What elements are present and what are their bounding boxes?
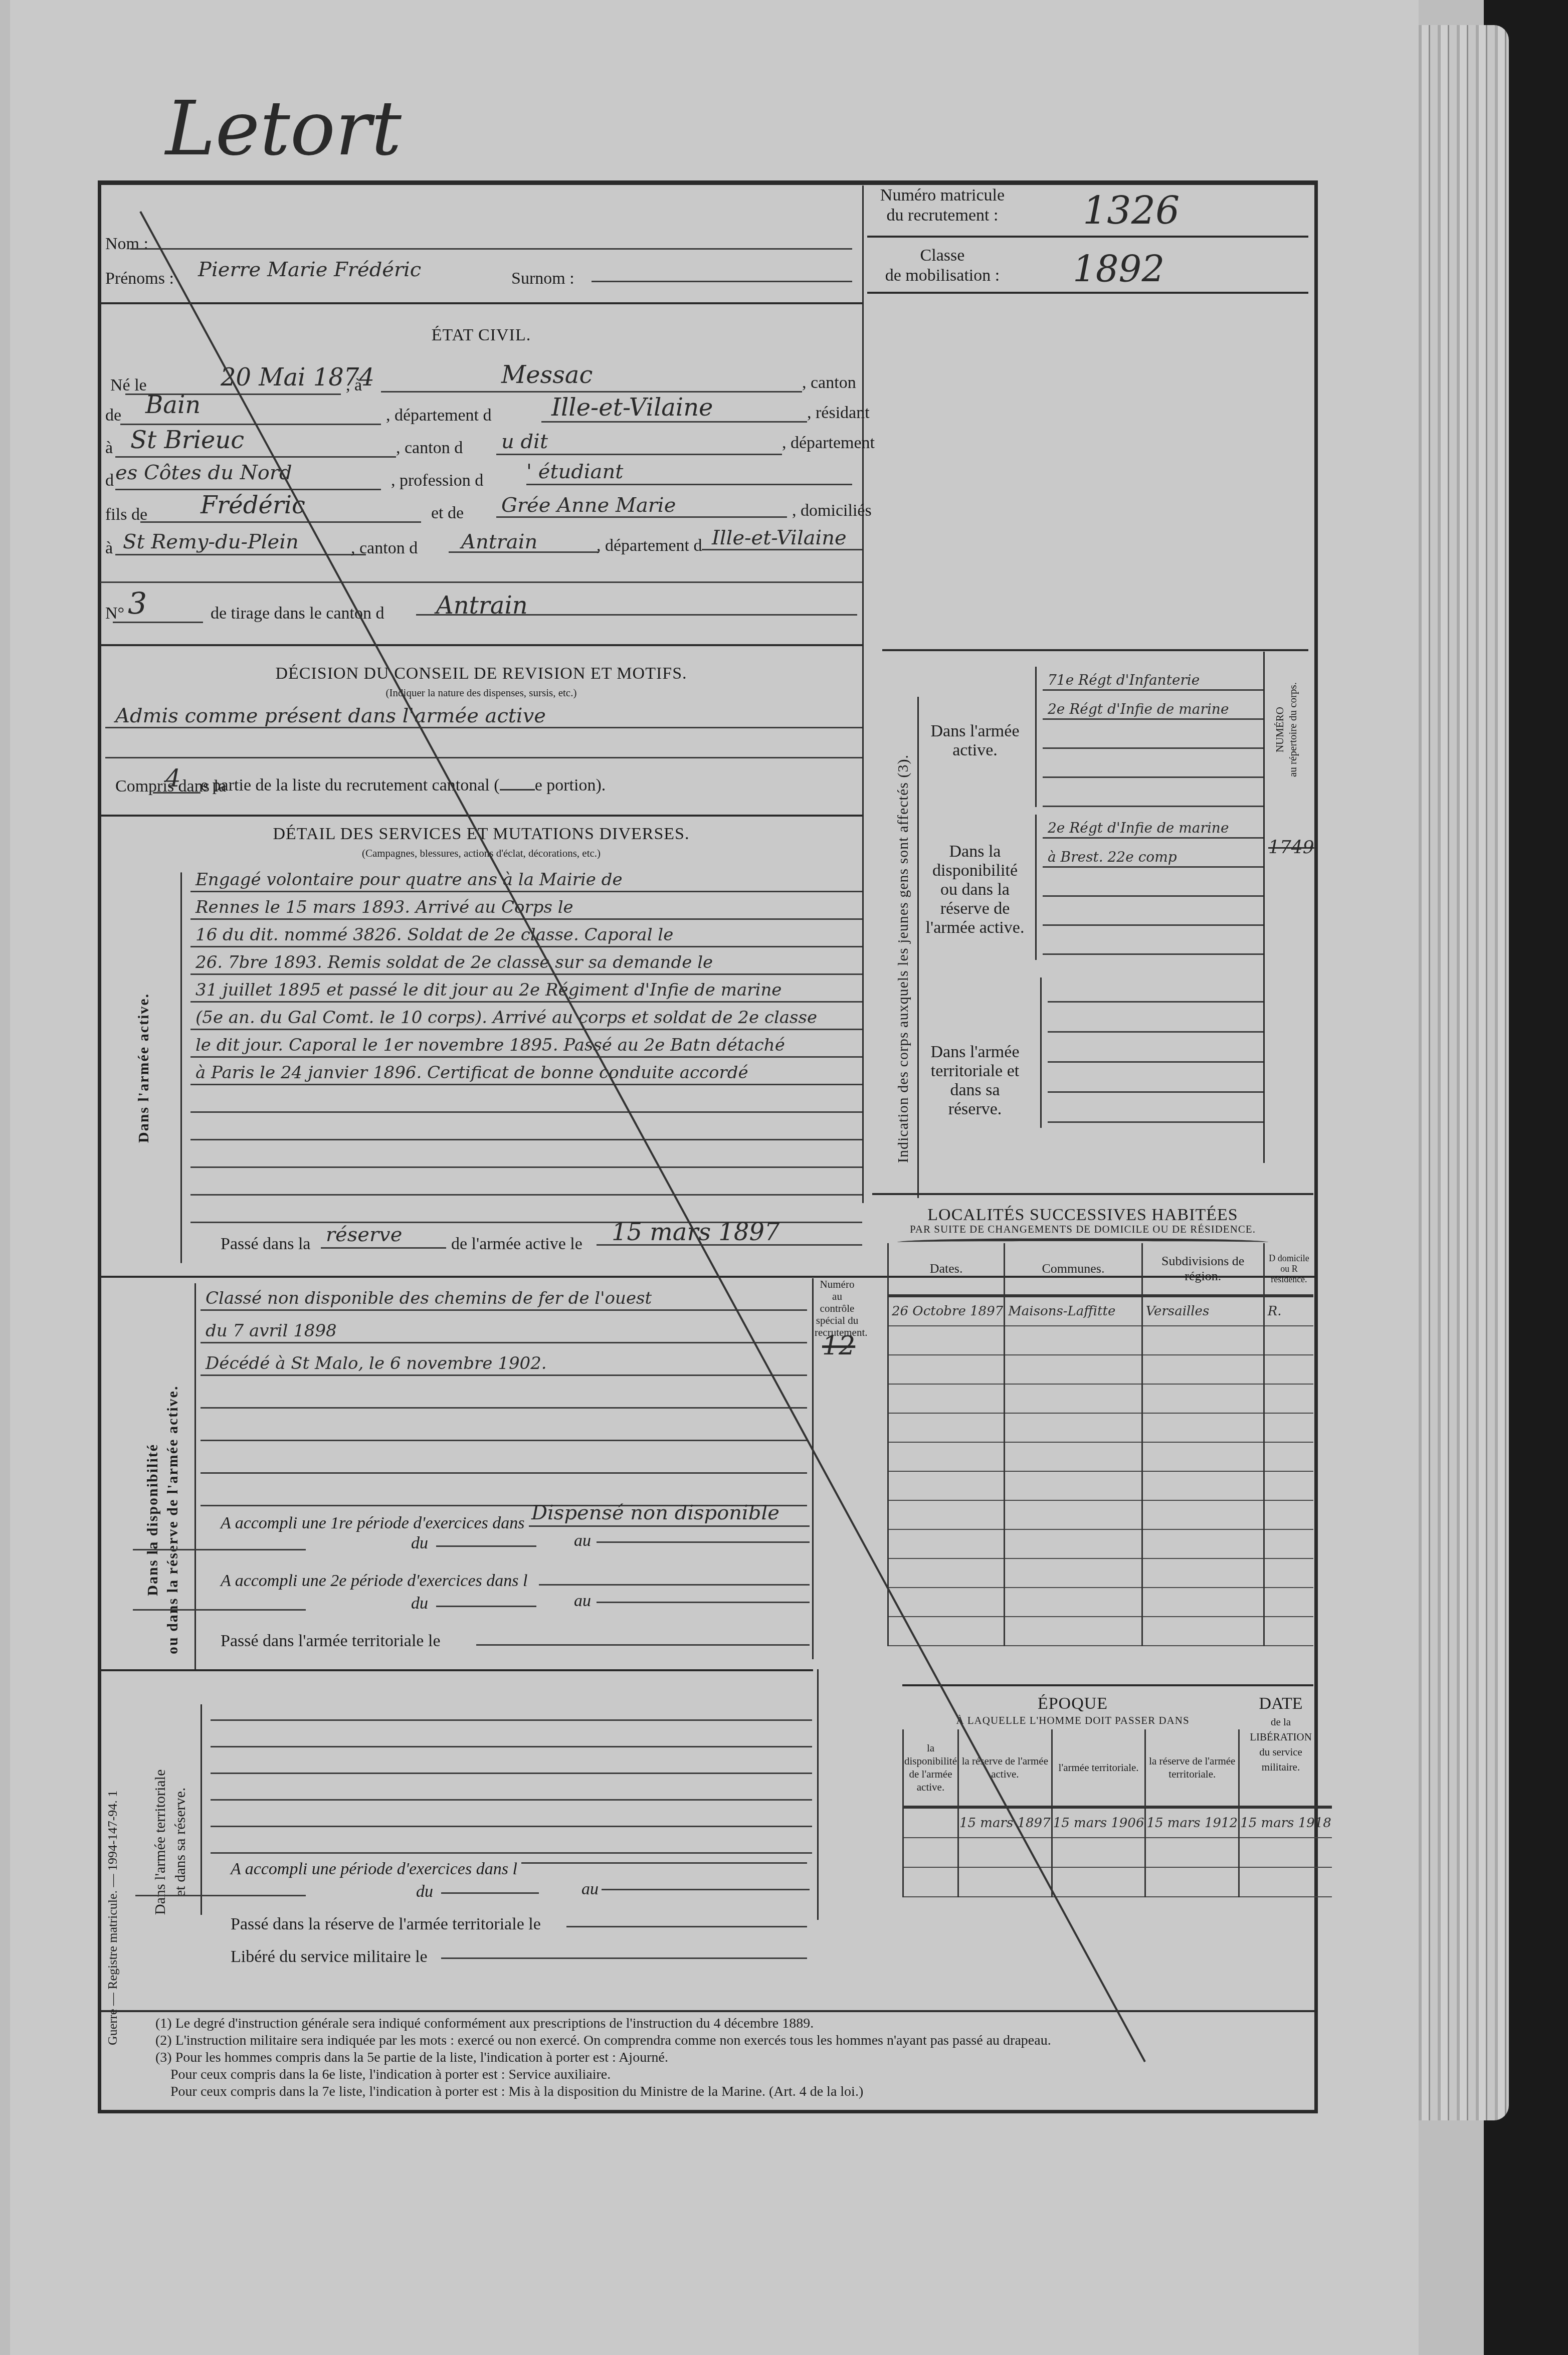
territoriale-side-label-2: et dans sa réserve.: [170, 1770, 190, 1915]
disponibilite-numero-label: Numéro au contrôle spécial du recrutemen…: [815, 1278, 860, 1338]
departement-value: Ille-et-Vilaine: [551, 394, 713, 422]
periode1-value: Dispensé non disponible: [531, 1501, 779, 1524]
disponibilite-line: [201, 1376, 807, 1409]
localites-row: [888, 1558, 1314, 1588]
services-line: [190, 1113, 862, 1140]
services-text: (5e an. du Gal Comt. le 10 corps). Arriv…: [195, 1008, 817, 1028]
services-side-label: Dans l'armée active.: [135, 993, 152, 1143]
services-text: Engagé volontaire pour quatre ans à la M…: [195, 870, 623, 890]
localites-cell: [1264, 1588, 1313, 1617]
territoriale-line: [211, 1827, 812, 1854]
localites-cell: [1005, 1500, 1142, 1529]
tirage-label: N°: [105, 604, 124, 623]
localites-cell: [1142, 1588, 1264, 1617]
localites-row: [888, 1413, 1314, 1442]
localites-column-header: Dates.: [888, 1243, 1005, 1296]
corps-numero-divider: [1263, 652, 1265, 1163]
epoque-subtitle: À LAQUELLE L'HOMME DOIT PASSER DANS: [902, 1714, 1243, 1727]
footnote: Pour ceux compris dans la 6e liste, l'in…: [155, 2066, 1303, 2083]
epoque-cell: [1145, 1867, 1239, 1897]
residant-a-value: St Brieuc: [130, 426, 244, 454]
localites-cell: [1005, 1558, 1142, 1588]
periode1-au-line: [597, 1541, 810, 1543]
localites-cell: [1264, 1617, 1313, 1646]
passe-value: réserve: [326, 1223, 402, 1246]
localites-row: [888, 1471, 1314, 1500]
localites-title: LOCALITÉS SUCCESSIVES HABITÉES: [892, 1206, 1273, 1225]
armee-active-brace: [1035, 667, 1037, 807]
disponibilite-numero-divider: [812, 1278, 814, 1659]
services-line: à Paris le 24 janvier 1896. Certificat d…: [190, 1058, 862, 1085]
terr-au-label: au: [581, 1880, 599, 1899]
corps-side-label: Indication des corps auxquels les jeunes…: [895, 754, 912, 1163]
periode2-au-label: au: [574, 1592, 591, 1611]
periode1-label: A accompli une 1re période d'exercices d…: [221, 1514, 525, 1533]
localites-cell: [1005, 1355, 1142, 1384]
terr-periode-label: A accompli une période d'exercices dans …: [231, 1860, 517, 1879]
canton-d-value: u dit: [501, 430, 548, 453]
de-label: de: [105, 406, 121, 425]
matricule-value: 1326: [1083, 188, 1180, 233]
epoque-table: la disponibilité de l'armée active.la ré…: [902, 1729, 1332, 1897]
localites-cell: [1005, 1529, 1142, 1558]
territoriale-corps-line: [1048, 1063, 1263, 1093]
canton-label: , canton: [802, 373, 856, 393]
epoque-column-header: la disponibilité de l'armée active.: [903, 1729, 958, 1807]
domicile-a-value: St Remy-du-Plein: [123, 530, 299, 553]
territoriale-corps-line: [1048, 1003, 1263, 1033]
territoriale-line: [211, 1747, 812, 1774]
localites-column-header: Subdivisions de région.: [1142, 1243, 1264, 1296]
localites-row: [888, 1529, 1314, 1558]
prenoms-value: Pierre Marie Frédéric: [198, 258, 421, 281]
tirage-canton-line: [416, 614, 857, 616]
corps-numero-label-1: NUMÉRO: [1273, 682, 1286, 777]
armee-active-line: 2e Régt d'Infie de marine: [1043, 691, 1263, 720]
residant-a-line: [115, 456, 396, 458]
services-text: à Paris le 24 janvier 1896. Certificat d…: [195, 1063, 748, 1083]
corps-numero-label: NUMÉRO au répertoire du corps.: [1273, 682, 1299, 777]
epoque-cell: 15 mars 1906: [1052, 1807, 1145, 1838]
localites-cell: [888, 1326, 1005, 1355]
periode2-du-label: du: [411, 1594, 428, 1613]
territoriale-corps-lines: [1048, 972, 1263, 1123]
periode1-du-label: du: [411, 1534, 428, 1553]
footnote: Pour ceux compris dans la 7e liste, l'in…: [155, 2083, 1303, 2100]
localites-cell: [888, 1558, 1005, 1588]
disponibilite-corps-line: 2e Régt d'Infie de marine: [1043, 810, 1263, 839]
corps-top-divider: [882, 649, 1308, 651]
armee-active-lines: 71e Régt d'Infanterie2e Régt d'Infie de …: [1043, 662, 1263, 807]
matricule-label-1: Numéro matricule: [867, 185, 1018, 206]
localites-cell: [1264, 1500, 1313, 1529]
localites-cell: [888, 1442, 1005, 1471]
localites-cell: [1005, 1471, 1142, 1500]
decision-title: DÉCISION DU CONSEIL DE REVISION ET MOTIF…: [100, 664, 862, 683]
register-page: Guerre — Registre matricule. — 1994-147-…: [0, 0, 1484, 2355]
domicile-canton-label: , canton d: [351, 539, 418, 558]
localites-subtitle: PAR SUITE DE CHANGEMENTS DE DOMICILE OU …: [892, 1223, 1273, 1236]
et-de-label: et de: [431, 504, 464, 523]
localites-cell: [888, 1529, 1005, 1558]
profession-label: , profession d: [391, 471, 483, 490]
localites-cell: [1264, 1442, 1313, 1471]
tirage-line: [113, 622, 203, 623]
periode2-du-line: [436, 1606, 536, 1607]
territoriale-side-label-1: Dans l'armée territoriale: [150, 1770, 170, 1915]
passe-reserve-label: Passé dans la réserve de l'armée territo…: [231, 1915, 541, 1934]
terr-periode-blank: [135, 1895, 306, 1896]
localites-cell: [1142, 1355, 1264, 1384]
epoque-column-header: [1239, 1729, 1332, 1807]
territoriale-corps-brace: [1040, 977, 1042, 1128]
departement2-label: , département: [782, 434, 875, 453]
epoque-cell: [1052, 1838, 1145, 1867]
mere-line: [496, 516, 787, 518]
localites-cell: [1142, 1471, 1264, 1500]
corps-side-divider: [917, 697, 919, 1198]
localites-table: Dates.Communes.Subdivisions de région.D …: [887, 1243, 1313, 1646]
decision-line-1: [105, 727, 862, 728]
decision-divider: [101, 815, 863, 817]
localites-row: [888, 1617, 1314, 1646]
liberation-title: DATE: [1248, 1694, 1313, 1713]
periode2-blank: [133, 1609, 306, 1611]
passe-reserve-line: [566, 1926, 807, 1927]
departement2-prefix: d: [105, 471, 114, 490]
matricule-label-2: du recrutement :: [867, 206, 1018, 226]
epoque-cell: 15 mars 1912: [1145, 1807, 1239, 1838]
localites-cell: [1264, 1355, 1313, 1384]
territoriale-line: [211, 1721, 812, 1747]
periode2-label: A accompli une 2e période d'exercices da…: [221, 1572, 527, 1591]
localites-cell: [888, 1384, 1005, 1413]
disponibilite-divider: [101, 1669, 813, 1671]
portion-suffix: e portion).: [535, 776, 606, 795]
libere-line: [441, 1957, 807, 1959]
departement2-line: [115, 489, 381, 490]
services-line: 26. 7bre 1893. Remis soldat de 2e classe…: [190, 947, 862, 975]
corps-bottom-divider: [872, 1193, 1313, 1195]
services-line: [190, 1168, 862, 1196]
localites-cell: [888, 1471, 1005, 1500]
epoque-cell: [958, 1867, 1052, 1897]
canton-d-label: , canton d: [396, 439, 463, 458]
services-line: Rennes le 15 mars 1893. Arrivé au Corps …: [190, 892, 862, 920]
disponibilite-corps-line: [1043, 897, 1263, 926]
localites-cell: [1264, 1413, 1313, 1442]
epoque-top-divider: [902, 1684, 1313, 1686]
book-page-edges: [1419, 25, 1509, 2120]
profession-value: ' étudiant: [526, 460, 623, 483]
disponibilite-corps-text: à Brest. 22e comp: [1048, 849, 1177, 865]
periode2-line: [539, 1584, 810, 1586]
localites-row: [888, 1588, 1314, 1617]
domicile-canton-line: [449, 551, 599, 553]
localites-cell: [1142, 1558, 1264, 1588]
prenoms-label: Prénoms :: [105, 269, 174, 288]
epoque-cell: [903, 1807, 958, 1838]
disponibilite-brace: [194, 1283, 196, 1669]
localites-cell: [1005, 1617, 1142, 1646]
disponibilite-corps-line: à Brest. 22e comp: [1043, 839, 1263, 868]
localites-cell: [1142, 1442, 1264, 1471]
disponibilite-lines: Classé non disponible des chemins de fer…: [201, 1278, 807, 1506]
armee-active-line: [1043, 749, 1263, 778]
localites-cell: [1264, 1558, 1313, 1588]
periode2-au-line: [597, 1602, 810, 1603]
classe-label-2: de mobilisation :: [867, 266, 1018, 286]
localites-cell: [1005, 1442, 1142, 1471]
localites-cell: [1142, 1413, 1264, 1442]
de-value: Bain: [145, 391, 201, 419]
periode1-au-label: au: [574, 1531, 591, 1550]
passe-territoriale-line: [476, 1644, 810, 1646]
surname-handwritten: Letort: [165, 85, 402, 172]
classe-divider: [867, 292, 1308, 294]
etat-civil-blank-line: [100, 581, 862, 583]
portion-value: [500, 789, 535, 791]
domicile-canton-value: Antrain: [461, 530, 537, 553]
localites-row: [888, 1384, 1314, 1413]
matricule-label: Numéro matricule du recrutement :: [867, 185, 1018, 226]
services-text: le dit jour. Caporal le 1er novembre 189…: [195, 1035, 785, 1055]
localites-cell: [1264, 1326, 1313, 1355]
matricule-divider: [867, 236, 1308, 238]
terr-au-line: [602, 1889, 810, 1890]
disponibilite-line: Décédé à St Malo, le 6 novembre 1902.: [201, 1343, 807, 1376]
epoque-cell: [903, 1838, 958, 1867]
header-divider: [101, 302, 863, 304]
passe-mid-label: de l'armée active le: [451, 1235, 582, 1254]
domicile-dept-line: [702, 549, 862, 550]
disponibilite-side-label-2: ou dans la réserve de l'armée active.: [163, 1386, 183, 1654]
a-line: [381, 391, 802, 393]
compris-line: [153, 792, 201, 794]
de-line: [120, 424, 381, 425]
services-text: 26. 7bre 1893. Remis soldat de 2e classe…: [195, 952, 713, 972]
epoque-cell: [903, 1867, 958, 1897]
localites-cell: [1005, 1384, 1142, 1413]
epoque-cell: [1145, 1838, 1239, 1867]
territoriale-lines: [211, 1694, 812, 1854]
corps-numero-label-2: au répertoire du corps.: [1286, 682, 1299, 777]
compris-value: 4: [165, 764, 181, 793]
disponibilite-numero-value: 12: [822, 1331, 855, 1361]
localites-column-header: Communes.: [1005, 1243, 1142, 1296]
services-line: Engagé volontaire pour quatre ans à la M…: [190, 865, 862, 892]
epoque-row: [903, 1867, 1332, 1897]
passe-territoriale-label: Passé dans l'armée territoriale le: [221, 1632, 441, 1651]
localites-cell: [1142, 1529, 1264, 1558]
localites-row: [888, 1500, 1314, 1529]
territoriale-right-divider: [817, 1669, 819, 1920]
footnotes-divider: [101, 2010, 1314, 2012]
decision-value: Admis comme présent dans l'armée active: [115, 704, 546, 727]
profession-line: [526, 484, 852, 485]
footnote: (1) Le degré d'instruction générale sera…: [155, 2015, 1303, 2032]
classe-value: 1892: [1073, 248, 1164, 290]
a-label: , à: [346, 376, 362, 395]
terr-periode-line: [521, 1862, 807, 1864]
localites-cell: [888, 1500, 1005, 1529]
territoriale-side-label: Dans l'armée territoriale et dans sa rés…: [150, 1770, 190, 1915]
departement-label: , département d: [386, 406, 492, 425]
libere-label: Libéré du service militaire le: [231, 1947, 428, 1967]
services-line: le dit jour. Caporal le 1er novembre 189…: [190, 1030, 862, 1058]
etat-civil-title: ÉTAT CIVIL.: [100, 326, 862, 345]
decision-subtitle: (Indiquer la nature des dispenses, sursi…: [100, 687, 862, 699]
localites-cell: [1142, 1500, 1264, 1529]
epoque-cell: 15 mars 1918: [1239, 1807, 1332, 1838]
canton-d-line: [496, 454, 782, 455]
disponibilite-text: Décédé à St Malo, le 6 novembre 1902.: [206, 1353, 547, 1373]
nom-label: Nom :: [105, 235, 148, 254]
services-text: 16 du dit. nommé 3826. Soldat de 2e clas…: [195, 925, 673, 945]
domicile-dept-label: , département d: [597, 536, 702, 555]
classe-label-1: Classe: [867, 246, 1018, 266]
disponibilite-corps-label: Dans la disponibilité ou dans la réserve…: [922, 842, 1028, 937]
disponibilite-corps-line: [1043, 926, 1263, 955]
localites-row: [888, 1442, 1314, 1471]
compris-suffix: e partie de la liste du recrutement cant…: [201, 776, 606, 795]
surnom-line: [592, 281, 852, 282]
disponibilite-corps-line: [1043, 868, 1263, 897]
localites-cell: [888, 1413, 1005, 1442]
epoque-row: 15 mars 189715 mars 190615 mars 191215 m…: [903, 1807, 1332, 1838]
services-lines: Engagé volontaire pour quatre ans à la M…: [190, 865, 862, 1223]
armee-active-line: 71e Régt d'Infanterie: [1043, 662, 1263, 691]
localites-cell: [888, 1355, 1005, 1384]
disponibilite-text: du 7 avril 1898: [206, 1321, 337, 1341]
passe-date-line: [597, 1244, 862, 1246]
classe-label: Classe de mobilisation :: [867, 246, 1018, 286]
residant-label: , résidant: [807, 404, 870, 423]
localites-cell: [1005, 1326, 1142, 1355]
armee-active-text: 71e Régt d'Infanterie: [1048, 672, 1200, 688]
periode1-du-line: [436, 1545, 536, 1547]
localites-cell: Versailles: [1142, 1296, 1264, 1326]
disponibilite-text: Classé non disponible des chemins de fer…: [206, 1288, 652, 1308]
armee-active-line: [1043, 778, 1263, 807]
services-brace: [180, 872, 182, 1263]
territoriale-corps-line: [1048, 972, 1263, 1003]
localites-cell: [888, 1588, 1005, 1617]
territoriale-corps-label: Dans l'armée territoriale et dans sa rés…: [922, 1043, 1028, 1119]
epoque-column-header: l'armée territoriale.: [1052, 1729, 1145, 1807]
territoriale-corps-line: [1048, 1093, 1263, 1123]
services-line: 31 juillet 1895 et passé le dit jour au …: [190, 975, 862, 1003]
decision-line-2: [105, 757, 862, 758]
localites-column-header: D domicile ou R résidence.: [1264, 1243, 1313, 1296]
terr-du-line: [441, 1892, 539, 1894]
disponibilite-line: [201, 1409, 807, 1441]
disponibilite-corps-numero: 1749: [1268, 837, 1314, 858]
domicilies-label: , domiciliés: [792, 501, 872, 520]
epoque-cell: [1239, 1867, 1332, 1897]
pere-value: Frédéric: [201, 491, 305, 519]
epoque-cell: [1052, 1867, 1145, 1897]
disponibilite-line: [201, 1441, 807, 1474]
armee-active-text: 2e Régt d'Infie de marine: [1048, 701, 1229, 717]
localites-cell: 26 Octobre 1897: [888, 1296, 1005, 1326]
passe-line: [321, 1247, 446, 1249]
territoriale-line: [211, 1694, 812, 1721]
departement2-value: es Côtes du Nord: [115, 461, 292, 484]
passe-label: Passé dans la: [221, 1235, 310, 1254]
services-text: 31 juillet 1895 et passé le dit jour au …: [195, 980, 781, 1000]
disponibilite-corps-brace: [1035, 815, 1037, 960]
services-line: [190, 1085, 862, 1113]
domicile-dept-value: Ille-et-Vilaine: [712, 526, 847, 549]
localites-cell: [1264, 1529, 1313, 1558]
nom-line: [130, 248, 852, 250]
periode1-blank: [133, 1549, 306, 1550]
localites-cell: [1005, 1588, 1142, 1617]
localites-cell: [1142, 1617, 1264, 1646]
localites-row: 26 Octobre 1897Maisons-LaffitteVersaille…: [888, 1296, 1314, 1326]
localites-cell: [1264, 1471, 1313, 1500]
territoriale-brace: [201, 1704, 202, 1915]
periode1-line: [529, 1525, 810, 1527]
localites-cell: [1142, 1384, 1264, 1413]
armee-active-line: [1043, 720, 1263, 749]
footnote: (3) Pour les hommes compris dans la 5e p…: [155, 2049, 1303, 2066]
a-value: Messac: [501, 361, 593, 389]
disponibilite-corps-text: 2e Régt d'Infie de marine: [1048, 820, 1229, 836]
epoque-cell: [1239, 1838, 1332, 1867]
epoque-cell: 15 mars 1897: [958, 1807, 1052, 1838]
localites-cell: [1142, 1326, 1264, 1355]
localites-row: [888, 1355, 1314, 1384]
localites-cell: R.: [1264, 1296, 1313, 1326]
territoriale-corps-line: [1048, 1033, 1263, 1063]
surnom-label: Surnom :: [511, 269, 574, 288]
mere-value: Grée Anne Marie: [501, 494, 676, 517]
territoriale-line: [211, 1801, 812, 1827]
etat-civil-divider: [101, 644, 863, 646]
tirage-value: 3: [128, 586, 147, 622]
services-line: (5e an. du Gal Comt. le 10 corps). Arriv…: [190, 1003, 862, 1030]
terr-du-label: du: [416, 1882, 433, 1901]
disponibilite-side-label-1: Dans la disponibilité: [143, 1386, 163, 1654]
localites-cell: [1005, 1413, 1142, 1442]
services-line: [190, 1140, 862, 1168]
epoque-row: [903, 1838, 1332, 1867]
residant-a-label: à: [105, 439, 113, 458]
departement-line: [541, 421, 807, 423]
domicile-a-label: à: [105, 539, 113, 558]
ne-le-label: Né le: [110, 376, 147, 395]
disponibilite-line: du 7 avril 1898: [201, 1311, 807, 1343]
services-subtitle: (Campagnes, blessures, actions d'éclat, …: [100, 847, 862, 860]
localites-row: [888, 1326, 1314, 1355]
territoriale-line: [211, 1774, 812, 1801]
armee-active-label: Dans l'armée active.: [922, 722, 1028, 760]
disponibilite-side-label: Dans la disponibilité ou dans la réserve…: [143, 1386, 183, 1654]
disponibilite-corps-lines: 2e Régt d'Infie de marineà Brest. 22e co…: [1043, 810, 1263, 955]
localites-cell: [1264, 1384, 1313, 1413]
right-column-divider: [862, 185, 864, 1203]
localites-cell: Maisons-Laffitte: [1005, 1296, 1142, 1326]
footnotes: (1) Le degré d'instruction générale sera…: [155, 2015, 1303, 2100]
pere-line: [140, 521, 421, 523]
epoque-column-header: la réserve de l'armée territoriale.: [1145, 1729, 1239, 1807]
disponibilite-line: Classé non disponible des chemins de fer…: [201, 1278, 807, 1311]
